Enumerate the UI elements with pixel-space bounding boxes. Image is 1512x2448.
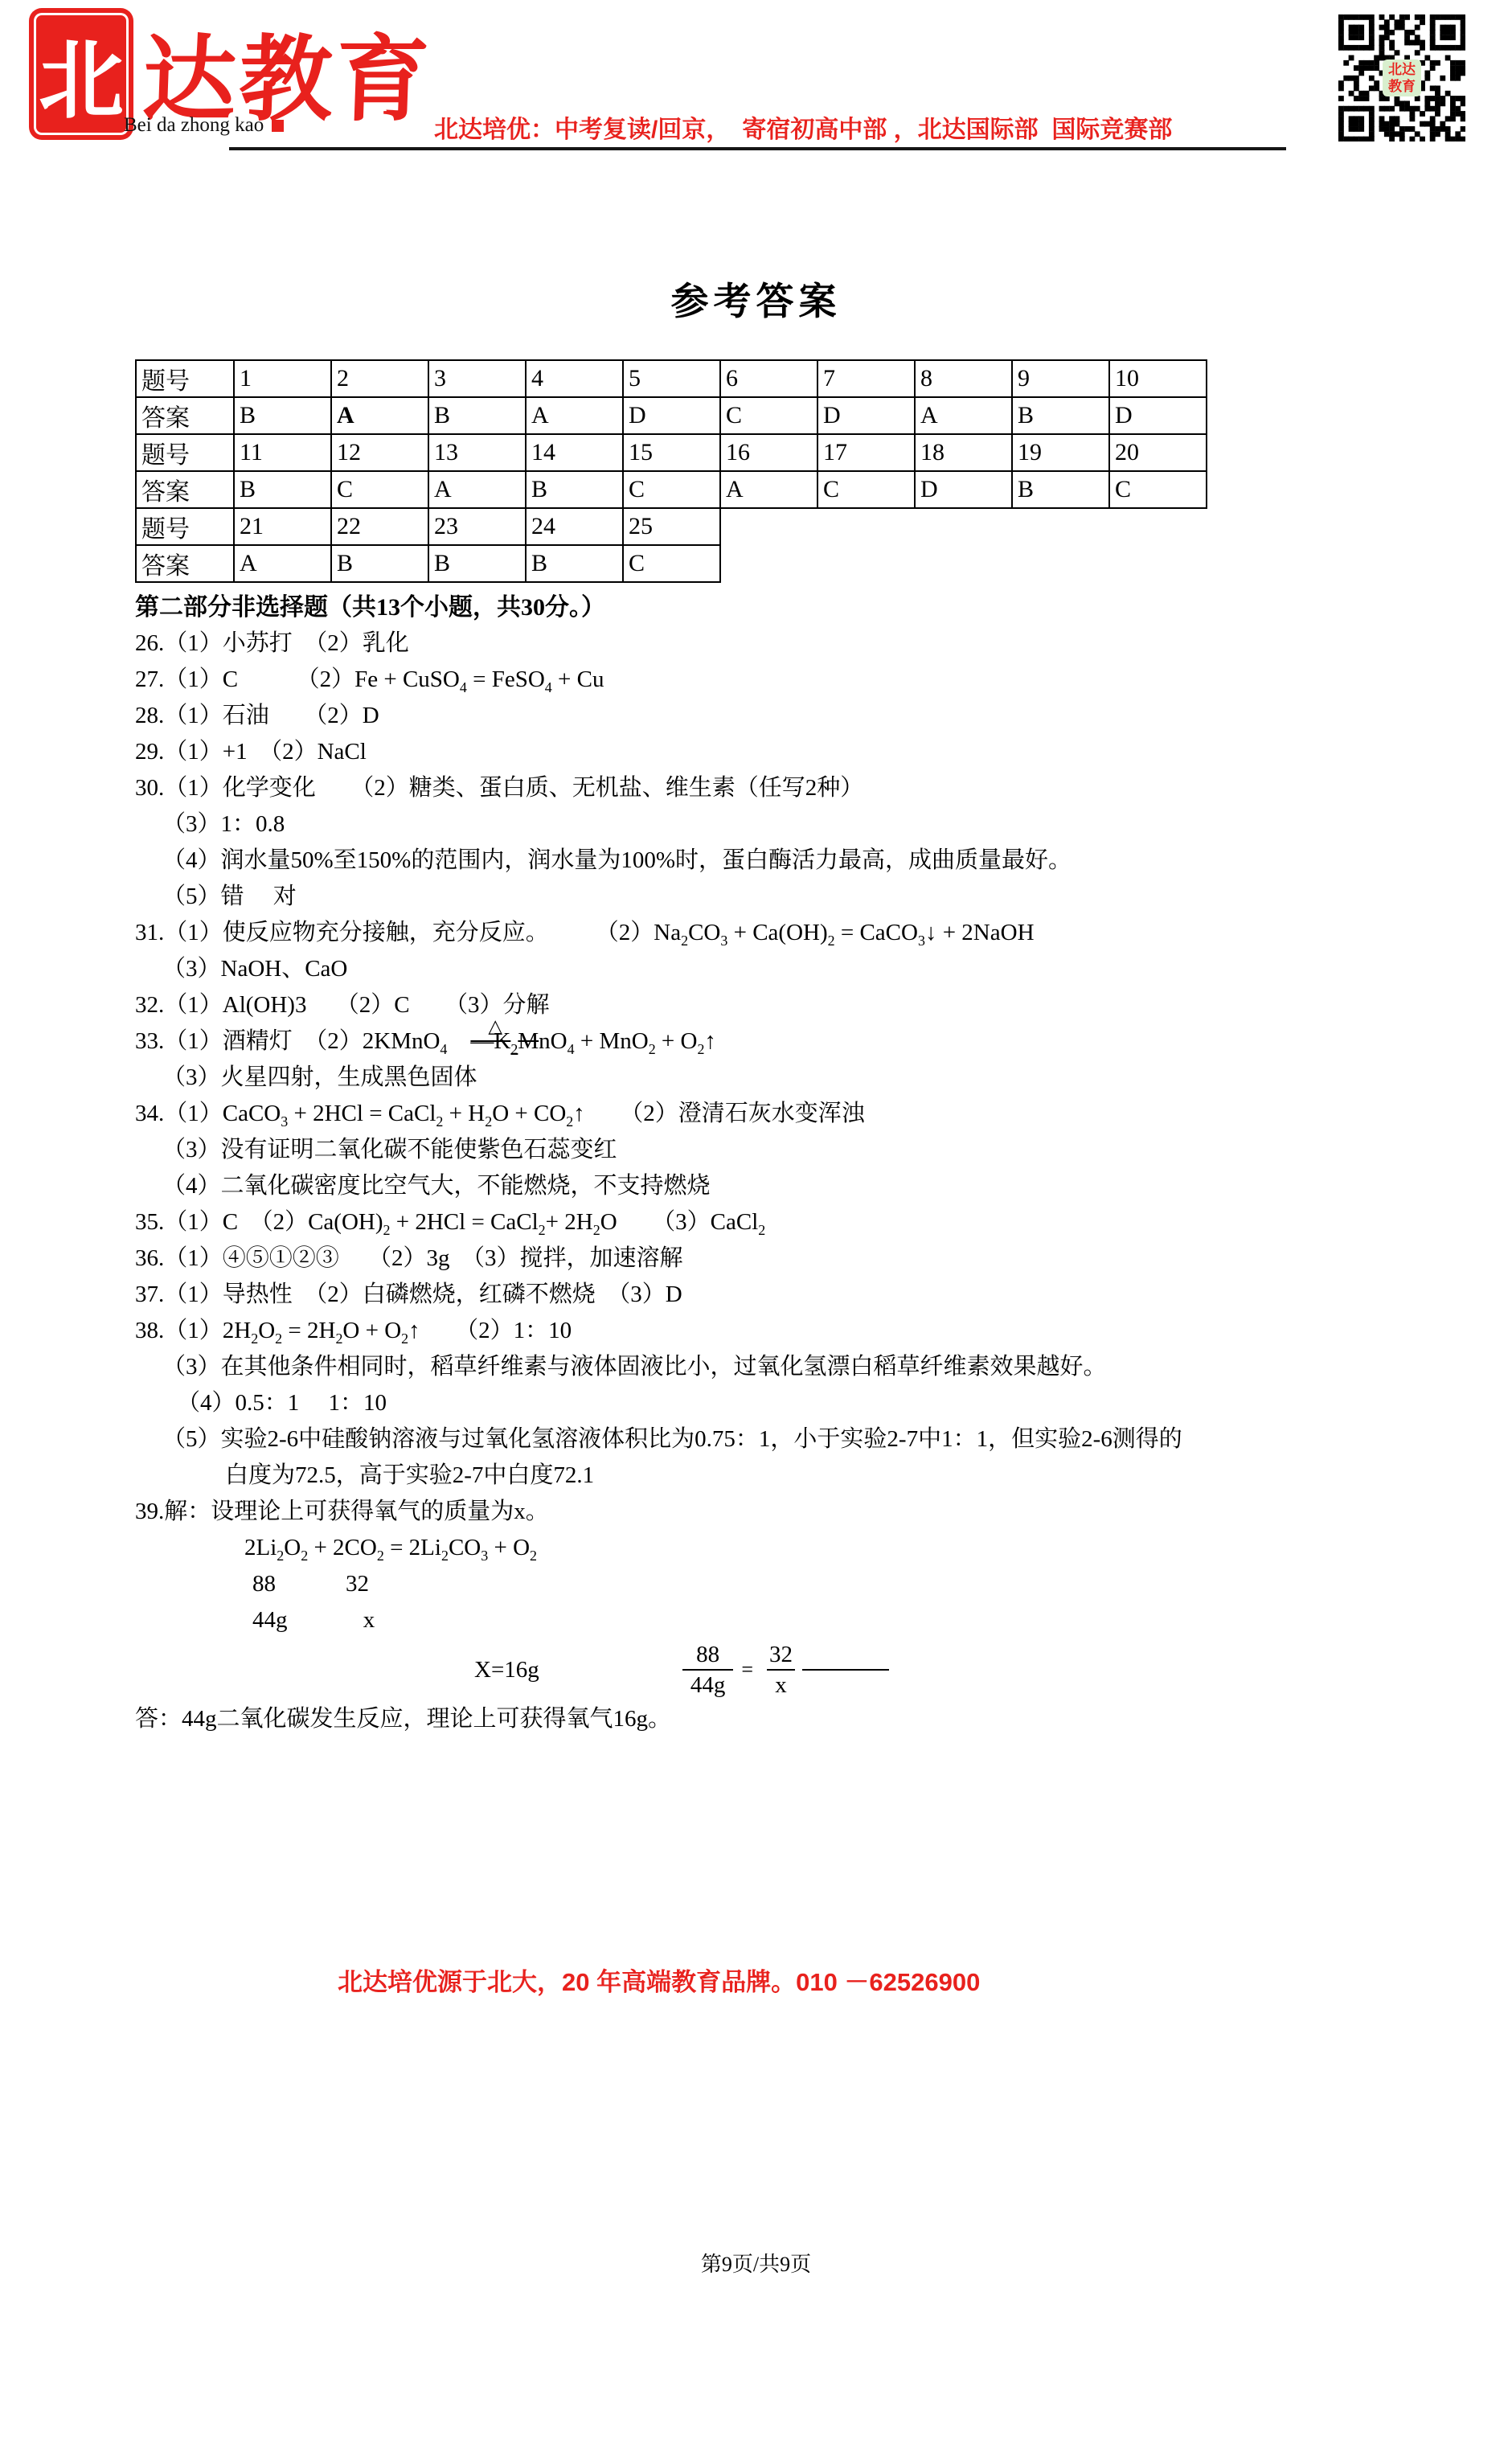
fraction-32-x: 32 x <box>761 1640 801 1700</box>
row-label-cell: 答案 <box>136 545 234 582</box>
answer-sheet-page: 北 达教育 Bei da zhong kao 北达培优：中考复读/回京， 寄宿初… <box>0 0 1512 2448</box>
answer-line: （4）润水量50%至150%的范围内，润水量为100%时，蛋白酶活力最高，成曲质… <box>135 843 1461 879</box>
answer-body: 第二部分非选择题（共13个小题，共30分。） 26.（1）小苏打 （2）乳化27… <box>135 589 1461 1737</box>
brand-subtitle-text: Bei da zhong kao <box>124 114 264 137</box>
answer-cell: A <box>234 545 331 582</box>
row-label-cell: 题号 <box>136 360 234 397</box>
fraction-denominator: 44g <box>682 1669 734 1700</box>
answer-line: （5）实验2-6中硅酸钠溶液与过氧化氢溶液体积比为0.75：1，小于实验2-7中… <box>135 1421 1461 1458</box>
answer-line: 31.（1）使反应物充分接触，充分反应。 （2）Na2CO3 + Ca(OH)2… <box>135 915 1461 951</box>
answer-cell: 12 <box>331 434 428 471</box>
answer-cell: 23 <box>428 508 526 545</box>
answer-line: 30.（1）化学变化 （2）糖类、蛋白质、无机盐、维生素（任写2种） <box>135 770 1461 806</box>
table-row: 题号11121314151617181920 <box>136 434 1207 471</box>
answer-cell: 22 <box>331 508 428 545</box>
equals-sign: = <box>741 1658 753 1682</box>
answer-cell: 13 <box>428 434 526 471</box>
header-divider <box>229 147 1286 150</box>
table-row: 题号12345678910 <box>136 360 1207 397</box>
equation-rule-line <box>802 1669 889 1671</box>
answer-line: 2Li2O2 + 2CO2 = 2Li2CO3 + O2 <box>135 1530 1461 1566</box>
qr-center-label: 北达教育 <box>1383 59 1421 96</box>
answer-cell: 6 <box>720 360 817 397</box>
red-square-icon <box>272 120 284 132</box>
answer-cell: A <box>720 471 817 508</box>
promo-line: 北达培优源于北大，20 年高端教育品牌。010 －62526900 <box>338 1962 980 1998</box>
row-label-cell: 题号 <box>136 434 234 471</box>
answer-cell: 15 <box>623 434 720 471</box>
answer-cell: A <box>331 397 428 434</box>
row-label-cell: 题号 <box>136 508 234 545</box>
table-row: 答案ABBBC <box>136 545 720 582</box>
q39-proportion: 88 44g = 32 x <box>682 1640 889 1700</box>
answer-cell: B <box>331 545 428 582</box>
answer-cell: 5 <box>623 360 720 397</box>
section-heading: 第二部分非选择题（共13个小题，共30分。） <box>135 589 1461 625</box>
answer-line: 37.（1）导热性 （2）白磷燃烧，红磷不燃烧 （3）D <box>135 1277 1461 1313</box>
answer-cell: 19 <box>1012 434 1109 471</box>
answer-line: （3）没有证明二氧化碳不能使紫色石蕊变红 <box>135 1132 1461 1168</box>
answer-cell: 17 <box>817 434 915 471</box>
answer-line: （4）0.5：1 1：10 <box>135 1385 1461 1421</box>
answer-cell: B <box>1012 397 1109 434</box>
answer-cell: 24 <box>526 508 623 545</box>
page-title: 参考答案 <box>0 272 1512 326</box>
answer-cell: B <box>526 471 623 508</box>
answer-line: （4）二氧化碳密度比空气大，不能燃烧，不支持燃烧 <box>135 1168 1461 1204</box>
answer-line: （3）火星四射，生成黑色固体 <box>135 1060 1461 1096</box>
answer-cell: C <box>623 471 720 508</box>
q39-answer-sentence: 答：44g二氧化碳发生反应，理论上可获得氧气16g。 <box>135 1701 1461 1737</box>
answer-cell: 16 <box>720 434 817 471</box>
answer-line: 33.（1）酒精灯 （2）2KMnO4 —K2MnO4 + MnO2 + O2↑ <box>135 1023 1461 1060</box>
fraction-denominator: x <box>767 1669 795 1700</box>
answer-cell: D <box>817 397 915 434</box>
answer-lines: 26.（1）小苏打 （2）乳化27.（1）C （2）Fe + CuSO4 = F… <box>135 625 1461 1638</box>
header-tagline: 北达培优：中考复读/回京， 寄宿初高中部 ，北达国际部 国际竞赛部 <box>434 109 1172 145</box>
row-label-cell: 答案 <box>136 471 234 508</box>
answer-cell: 4 <box>526 360 623 397</box>
answer-line: 28.（1）石油 （2）D <box>135 698 1461 734</box>
answer-cell: 14 <box>526 434 623 471</box>
page-footer: 第9页/共9页 <box>0 2248 1512 2278</box>
brand-subtitle: Bei da zhong kao <box>124 114 284 137</box>
answer-cell: 11 <box>234 434 331 471</box>
fraction-88-44g: 88 44g <box>682 1640 734 1700</box>
answer-line: 白度为72.5，高于实验2-7中白度72.1 <box>135 1458 1461 1494</box>
answer-cell: 25 <box>623 508 720 545</box>
answer-line: 27.（1）C （2）Fe + CuSO4 = FeSO4 + Cu <box>135 662 1461 698</box>
answer-line: 44g x <box>135 1602 1461 1638</box>
answer-table-full-rows: 题号12345678910答案BABADCDABD题号1112131415161… <box>135 359 1207 509</box>
answer-line: （3）1：0.8 <box>135 806 1461 843</box>
table-row: 题号2122232425 <box>136 508 720 545</box>
answer-cell: 3 <box>428 360 526 397</box>
answer-line: 88 32 <box>135 1566 1461 1602</box>
answer-line: 35.（1）C （2）Ca(OH)2 + 2HCl = CaCl2+ 2H2O … <box>135 1204 1461 1240</box>
answer-cell: B <box>234 471 331 508</box>
answer-line: 34.（1）CaCO3 + 2HCl = CaCl2 + H2O + CO2↑ … <box>135 1096 1461 1132</box>
answer-cell: C <box>623 545 720 582</box>
answer-cell: A <box>915 397 1012 434</box>
answer-cell: 2 <box>331 360 428 397</box>
fraction-numerator: 32 <box>761 1640 801 1669</box>
answer-line: （3）在其他条件相同时，稻草纤维素与液体固液比小，过氧化氢漂白稻草纤维素效果越好… <box>135 1349 1461 1385</box>
answer-line: 29.（1）+1 （2）NaCl <box>135 734 1461 770</box>
answer-cell: A <box>428 471 526 508</box>
table-row: 答案BABADCDABD <box>136 397 1207 434</box>
table-row: 答案BCABCACDBC <box>136 471 1207 508</box>
q39-proportion-row: X=16g 88 44g = 32 x <box>135 1638 1461 1701</box>
answer-cell: B <box>526 545 623 582</box>
qr-code: 北达教育 <box>1338 14 1465 141</box>
answer-cell: C <box>1109 471 1207 508</box>
answer-cell: 1 <box>234 360 331 397</box>
answer-line: （3）NaOH、CaO <box>135 951 1461 987</box>
q39-x-result: X=16g <box>474 1657 539 1683</box>
answer-cell: B <box>428 545 526 582</box>
answer-cell: B <box>1012 471 1109 508</box>
delta-heating-condition: —K2M <box>470 1028 539 1054</box>
answer-cell: D <box>915 471 1012 508</box>
answer-cell: 7 <box>817 360 915 397</box>
answer-line: 39.解：设理论上可获得氧气的质量为x。 <box>135 1494 1461 1530</box>
answer-table-short-rows: 题号2122232425答案ABBBC <box>135 507 721 583</box>
row-label-cell: 答案 <box>136 397 234 434</box>
answer-cell: A <box>526 397 623 434</box>
answer-table: 题号12345678910答案BABADCDABD题号1112131415161… <box>135 359 1207 583</box>
answer-line: 26.（1）小苏打 （2）乳化 <box>135 625 1461 662</box>
answer-cell: 9 <box>1012 360 1109 397</box>
answer-cell: 18 <box>915 434 1012 471</box>
answer-line: （5）错 对 <box>135 879 1461 915</box>
fraction-numerator: 88 <box>688 1640 727 1669</box>
answer-cell: 21 <box>234 508 331 545</box>
brand-seal-logo: 北 <box>34 13 129 135</box>
answer-cell: D <box>1109 397 1207 434</box>
answer-cell: B <box>234 397 331 434</box>
answer-cell: C <box>720 397 817 434</box>
answer-cell: 10 <box>1109 360 1207 397</box>
answer-cell: C <box>817 471 915 508</box>
answer-line: 36.（1）④⑤①②③ （2）3g （3）搅拌，加速溶解 <box>135 1240 1461 1277</box>
answer-cell: C <box>331 471 428 508</box>
answer-cell: 20 <box>1109 434 1207 471</box>
answer-cell: B <box>428 397 526 434</box>
answer-cell: 8 <box>915 360 1012 397</box>
brand-seal-char: 北 <box>39 13 124 135</box>
answer-cell: D <box>623 397 720 434</box>
answer-line: 32.（1）Al(OH)3 （2）C （3）分解 <box>135 987 1461 1023</box>
answer-line: 38.（1）2H2O2 = 2H2O + O2↑ （2）1：10 <box>135 1313 1461 1349</box>
